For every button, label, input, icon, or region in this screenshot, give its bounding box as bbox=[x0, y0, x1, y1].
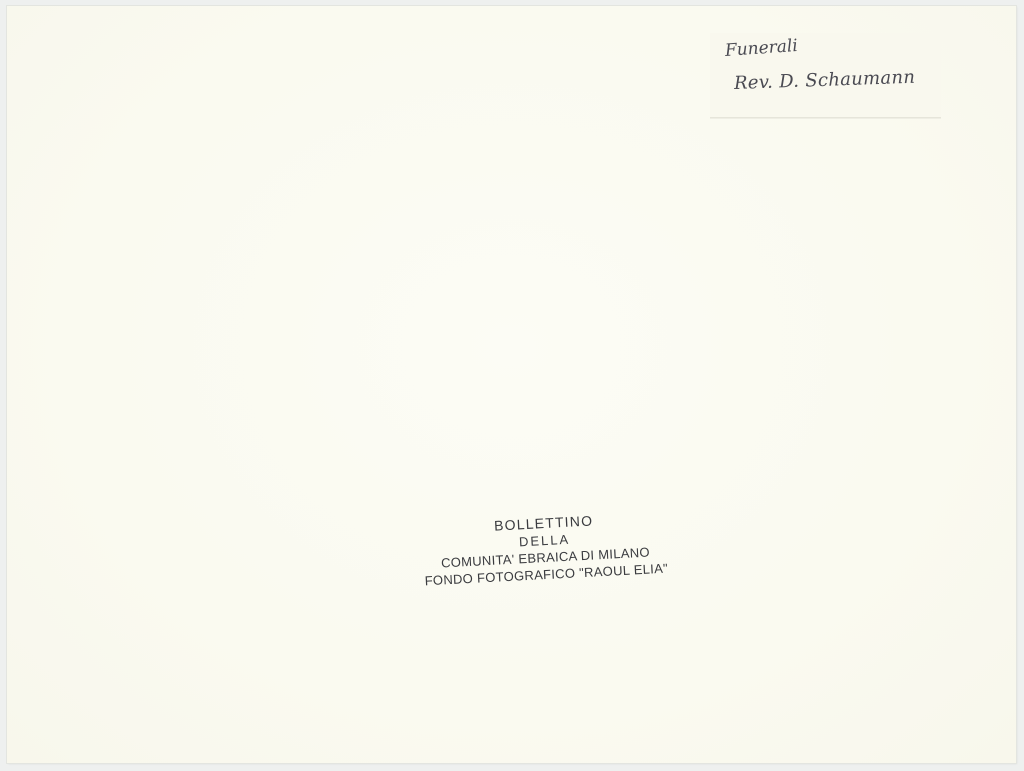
handwritten-title: Funerali bbox=[724, 36, 798, 61]
photo-back-paper: Funerali Rev. D. Schaumann bbox=[7, 6, 1016, 763]
handwritten-label: Funerali Rev. D. Schaumann bbox=[710, 33, 941, 118]
handwritten-subject: Rev. D. Schaumann bbox=[734, 67, 916, 94]
